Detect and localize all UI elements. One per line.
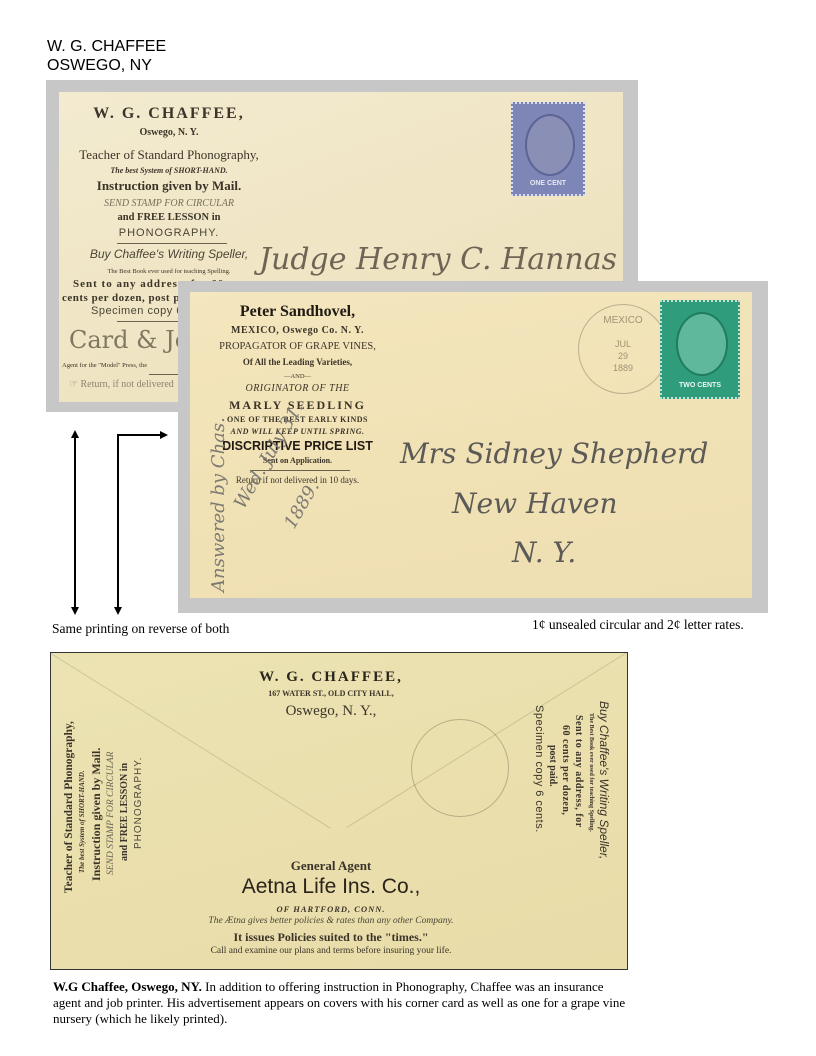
caption-same-printing: Same printing on reverse of both [52,621,229,637]
back-general-agent: General Agent [181,858,481,874]
back-aetna: Aetna Life Ins. Co., [151,875,511,899]
back-name: W. G. CHAFFEE, [181,669,481,686]
back-right-line: The Best Book ever used for teaching Spe… [588,713,594,832]
postmark-month: JUL [579,339,667,349]
postmark-town: MEXICO [579,315,667,326]
cover1-return: ☞ Return, if not delivered [69,379,174,390]
cover2-address-city: New Haven [452,487,617,520]
back-left-line: SEND STAMP FOR CIRCULAR [106,752,116,875]
cover1-town: Oswego, N. Y. [59,127,279,138]
cover1-line: SEND STAMP FOR CIRCULAR [59,198,279,209]
cover2-address-name: Mrs Sidney Shepherd [400,437,708,470]
cover1-address: Judge Henry C. Hannas [259,242,617,277]
page-title: W. G. CHAFFEE OSWEGO, NY [47,37,166,75]
stamp-two-cents: TWO CENTS [660,300,740,399]
stamp-label: TWO CENTS [662,382,738,389]
back-left-line: PHONOGRAPHY. [133,757,144,849]
cover1-line: Agent for the "Model" Press, the [62,362,147,369]
back-right-line: post paid. [547,745,558,787]
cover1-line: and FREE LESSON in [59,212,279,223]
back-line: It issues Policies suited to the "times.… [151,930,511,945]
back-left-line: Teacher of Standard Phonography, [63,721,75,893]
cover2-name: Peter Sandhovel, [190,303,405,321]
cover1-line: Teacher of Standard Phonography, [59,147,279,163]
cover2-line: Of All the Leading Varieties, [190,357,405,367]
cover2-town: MEXICO, Oswego Co. N. Y. [190,325,405,336]
back-right-line: 60 cents per dozen, [560,725,571,815]
mexico-postmark: MEXICO JUL 29 1889 [578,304,668,394]
cover2-line: ORIGINATOR OF THE [190,383,405,394]
back-left-line: The best System of SHORT-HAND. [78,770,86,873]
back-line: The Ætna gives better policies & rates t… [121,916,541,926]
back-right-line: Specimen copy 6 cents. [533,705,545,833]
arrow-head-up [71,430,79,438]
page-title-town: OSWEGO, NY [47,56,166,75]
description-heading: W.G Chaffee, Oswego, NY. [53,979,202,994]
docket-answered: Answered by Chas. [208,417,229,592]
caption-rates: 1¢ unsealed circular and 2¢ letter rates… [532,617,744,633]
postmark-year: 1889 [579,363,667,373]
arrow-vertical-right [117,434,119,609]
back-hartford: OF HARTFORD, CONN. [181,904,481,914]
postmark-day: 29 [579,351,667,361]
back-right-line: Sent to any address, for [573,715,584,828]
arrow-head-right [160,431,168,439]
arrow-head-down [71,607,79,615]
back-right-line: Buy Chaffee's Writing Speller, [597,701,611,859]
back-left-line: and FREE LESSON in [119,763,130,861]
description: W.G Chaffee, Oswego, NY. In addition to … [53,979,633,1027]
arrow-horizontal [117,434,161,436]
stamp-label: ONE CENT [513,180,583,187]
cover1-line: The best System of SHORT-HAND. [59,166,279,175]
cover2-envelope: Peter Sandhovel, MEXICO, Oswego Co. N. Y… [190,292,752,598]
arrow-vertical-left [74,437,76,609]
cover1-line: The Best Book ever used for teaching Spe… [59,268,279,275]
cover1-return-text: Return, if not delivered [80,379,173,390]
cover1-name: W. G. CHAFFEE, [59,105,279,123]
arrow-head-down [114,607,122,615]
back-envelope: W. G. CHAFFEE, 167 WATER ST., OLD CITY H… [50,652,628,970]
cover1-line: Instruction given by Mail. [59,178,279,194]
back-line: Call and examine our plans and terms bef… [131,946,531,956]
cover2-address-state: N. Y. [512,536,576,569]
stamp-one-cent: ONE CENT [511,102,585,196]
cover2-line: —AND— [190,373,405,380]
cover1-line: Buy Chaffee's Writing Speller, [59,247,279,261]
back-postmark [411,719,509,817]
cover1-line: PHONOGRAPHY. [59,227,279,239]
back-address: 167 WATER ST., OLD CITY HALL, [181,689,481,698]
ornament-rule [117,243,227,244]
portrait-oval [525,114,575,176]
page-title-name: W. G. CHAFFEE [47,37,166,56]
portrait-oval [676,312,728,376]
back-left-line: Instruction given by Mail. [89,748,104,881]
back-town: Oswego, N. Y., [181,703,481,720]
docket-year: 1889. [280,477,324,532]
cover2-line: PROPAGATOR OF GRAPE VINES, [190,341,405,352]
